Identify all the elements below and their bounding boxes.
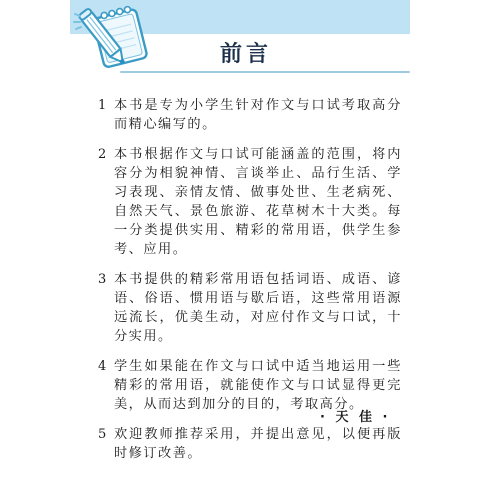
item-text: 本书根据作文与口试可能涵盖的范围，将内容分为相貌神情、言谈举止、品行生活、学习表…: [114, 145, 402, 259]
item-number: 5: [98, 425, 114, 463]
item-number: 4: [98, 357, 114, 414]
item-text: 欢迎教师推荐采用，并提出意见，以便再版时修订改善。: [114, 425, 402, 463]
list-item: 1 本书是专为小学生针对作文与口试考取高分而精心编写的。: [98, 96, 402, 134]
item-number: 1: [98, 96, 114, 134]
page-title: 前言: [0, 37, 480, 68]
author-signature: · 天 佳 ·: [320, 406, 390, 425]
title-underline: [120, 71, 410, 73]
list-item: 2 本书根据作文与口试可能涵盖的范围，将内容分为相貌神情、言谈举止、品行生活、学…: [98, 145, 402, 259]
item-number: 3: [98, 270, 114, 346]
list-item: 5 欢迎教师推荐采用，并提出意见，以便再版时修订改善。: [98, 425, 402, 463]
item-number: 2: [98, 145, 114, 259]
item-text: 本书提供的精彩常用语包括词语、成语、谚语、俗语、惯用语与歇后语，这些常用语源远流…: [114, 270, 402, 346]
item-text: 本书是专为小学生针对作文与口试考取高分而精心编写的。: [114, 96, 402, 134]
list-item: 3 本书提供的精彩常用语包括词语、成语、谚语、俗语、惯用语与歇后语，这些常用语源…: [98, 270, 402, 346]
